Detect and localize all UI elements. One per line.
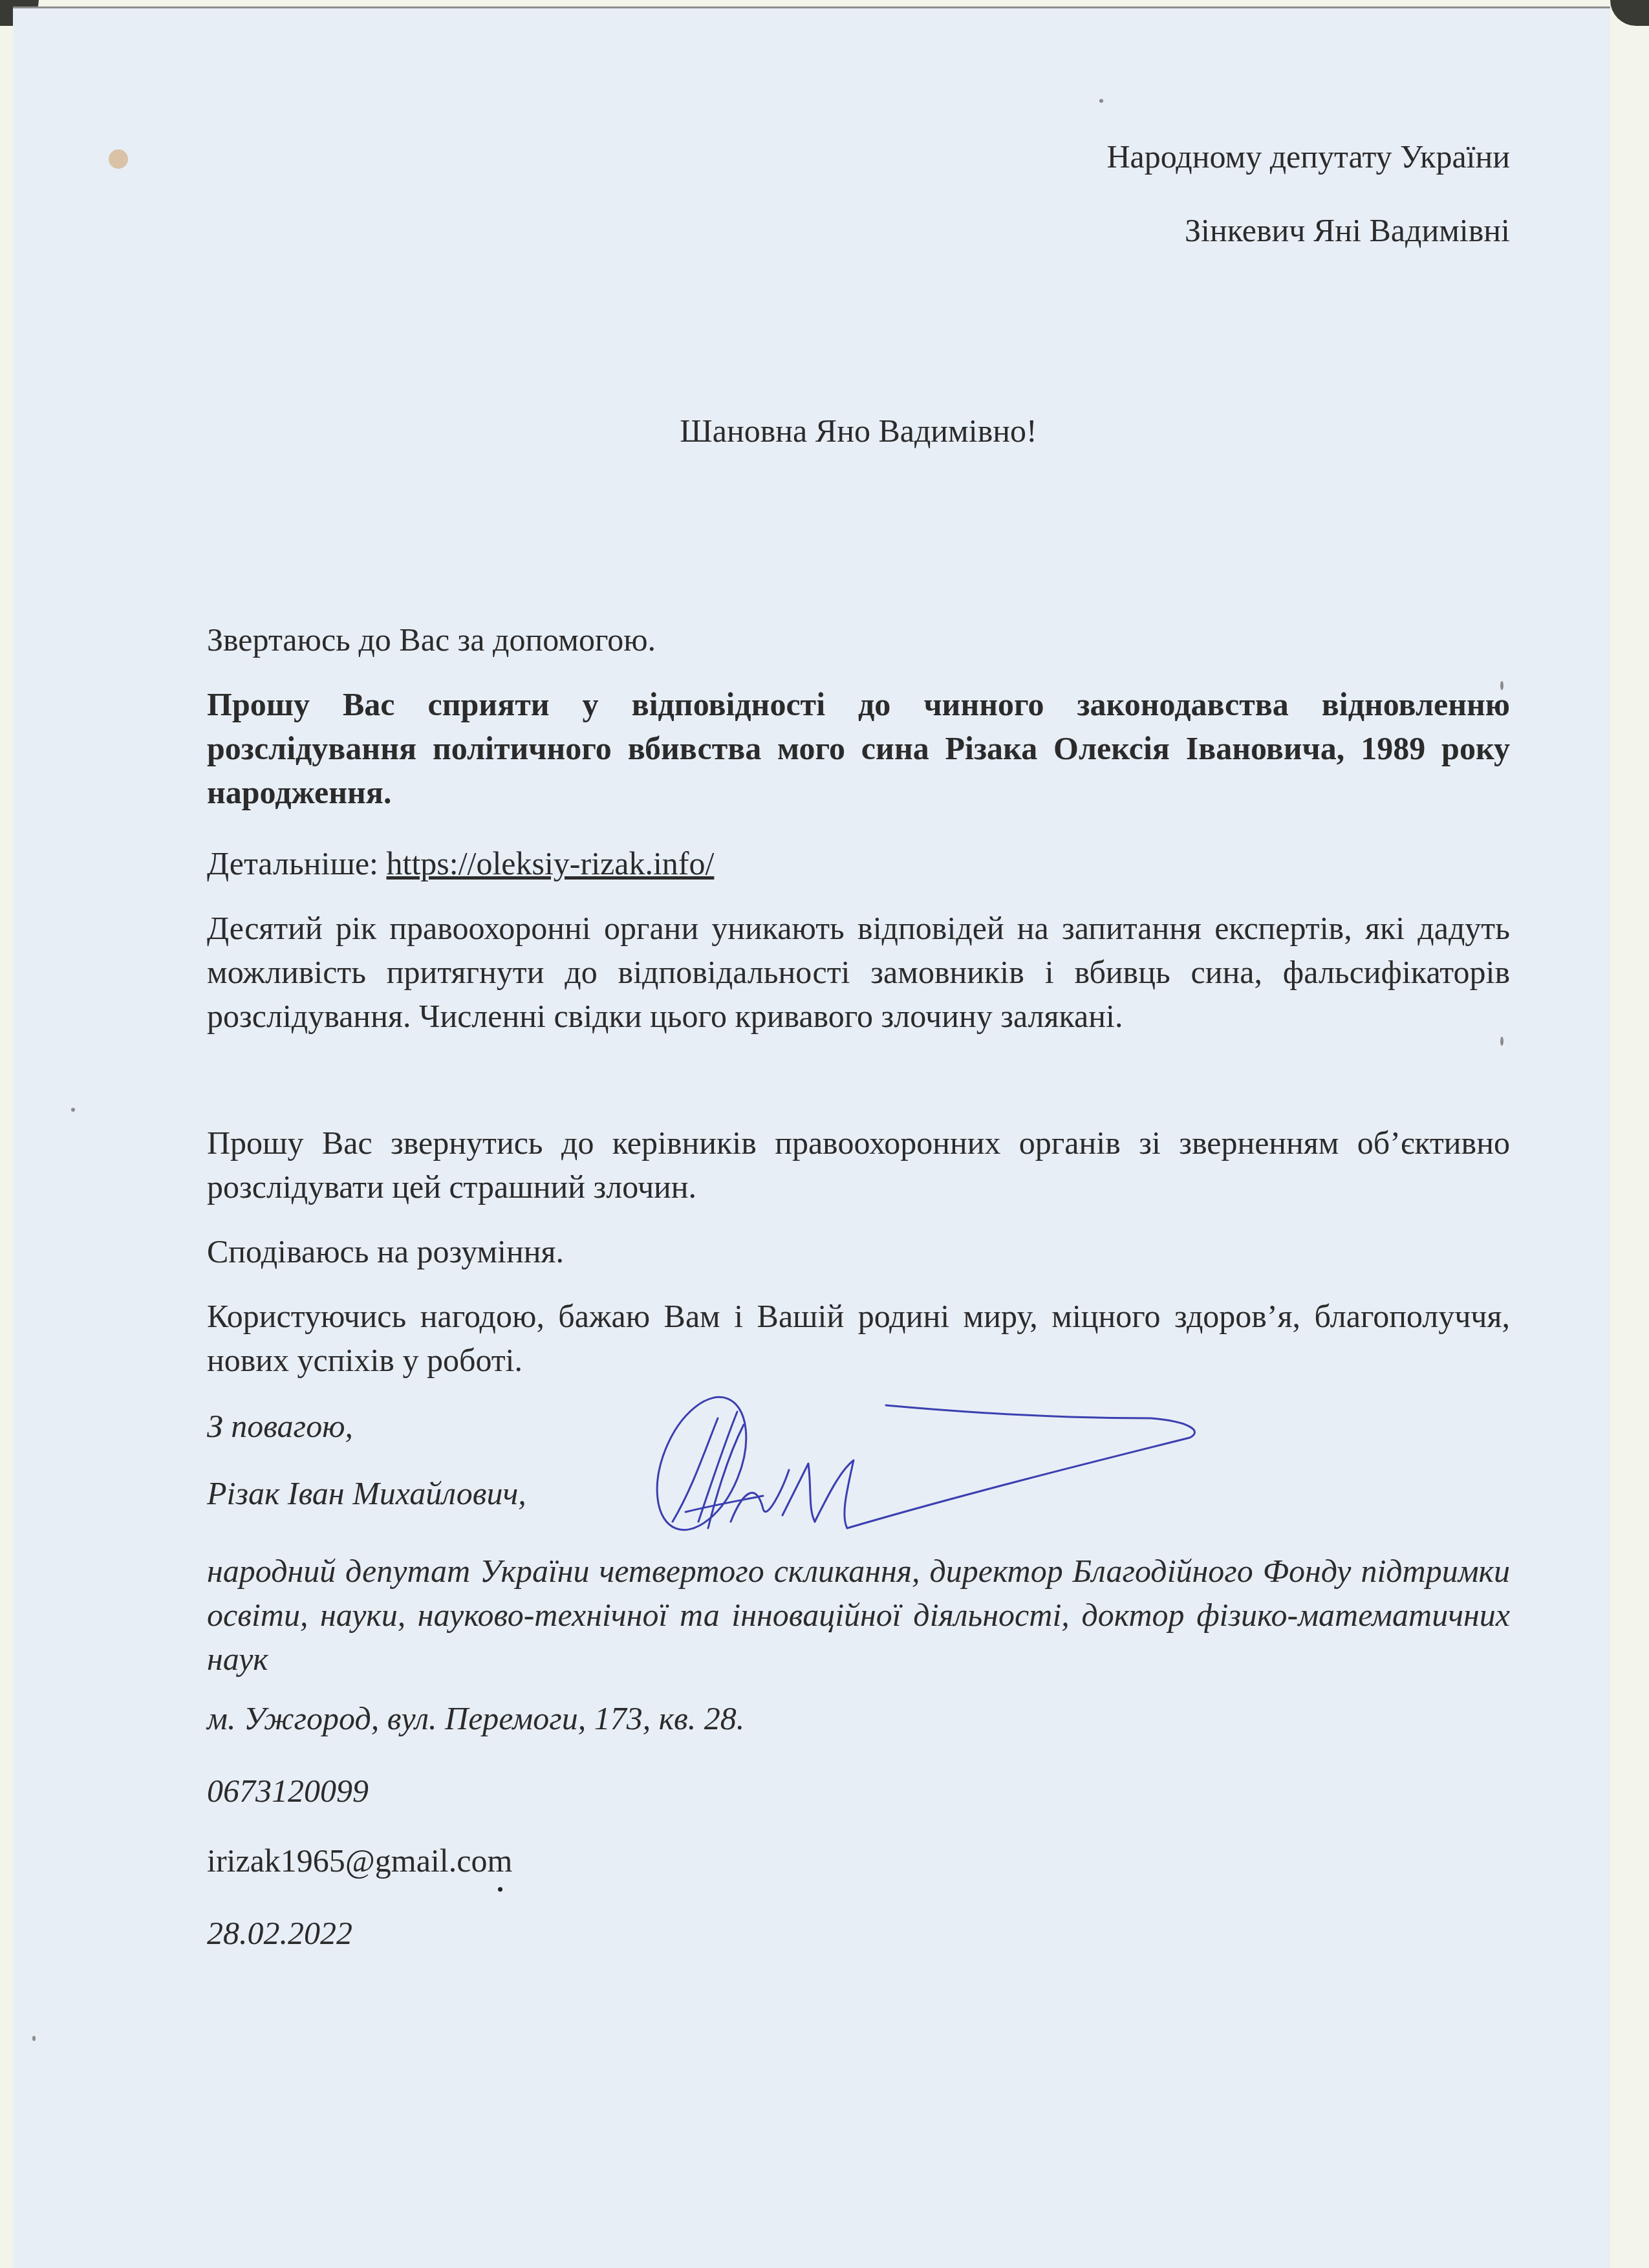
signer-title: народний депутат України четвертого скли… <box>207 1549 1510 1681</box>
paper-speck <box>1500 1037 1503 1046</box>
signer-address: м. Ужгород, вул. Перемоги, 173, кв. 28. <box>207 1696 1510 1740</box>
signer-phone: 0673120099 <box>207 1769 1510 1813</box>
addressee-name: Зінкевич Яні Вадимівні <box>1185 214 1510 246</box>
addressee-position: Народному депутату України <box>1106 140 1510 173</box>
handwritten-signature-icon <box>634 1392 1216 1541</box>
paper-speck <box>71 1108 75 1112</box>
letter-page: Народному депутату України Зінкевич Яні … <box>13 6 1610 2268</box>
intro-paragraph: Звертаюсь до Вас за допомогою. <box>207 618 1510 662</box>
paper-stain <box>109 149 128 169</box>
paragraph-investigation: Десятий рік правоохоронні органи уникают… <box>207 906 1510 1038</box>
paper-speck <box>498 1887 502 1892</box>
details-line: Детальніше: https://oleksiy-rizak.info/ <box>207 841 1510 885</box>
paper-speck <box>32 2036 36 2041</box>
letter-date: 28.02.2022 <box>207 1911 1510 1955</box>
details-label: Детальніше: <box>207 845 387 881</box>
signer-email: irizak1965@gmail.com <box>207 1839 1510 1883</box>
request-paragraph: Прошу Вас сприяти у відповідності до чин… <box>207 682 1510 814</box>
salutation: Шановна Яно Вадимівно! <box>207 415 1510 447</box>
paragraph-hope: Сподіваюсь на розуміння. <box>207 1229 1510 1273</box>
website-link[interactable]: https://oleksiy-rizak.info/ <box>387 845 715 881</box>
paper-speck <box>1099 99 1103 103</box>
paragraph-wishes: Користуючись нагодою, бажаю Вам і Вашій … <box>207 1294 1510 1382</box>
paragraph-appeal: Прошу Вас звернутись до керівників право… <box>207 1121 1510 1209</box>
